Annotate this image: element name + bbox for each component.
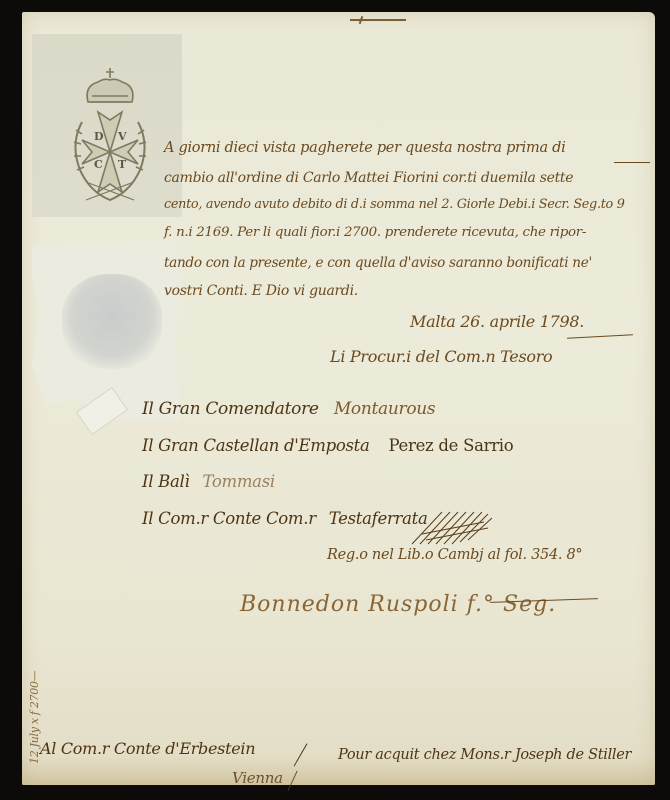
body-line-2: cambio all'ordine di Carlo Mattei Fiorin… [164,170,573,186]
signatory-3-name: Tommasi [202,472,274,491]
signatory-4-title: Il Com.r Conte Com.r [142,509,316,528]
svg-text:C: C [94,158,103,171]
signatory-1-title: Il Gran Comendatore [142,399,319,419]
emblem-letter-d: D [94,130,104,143]
body-line-5: tando con la presente, e con quella d'av… [164,255,592,271]
final-signature: Bonnedon Ruspoli f.° Seg. [240,592,556,617]
address-line-2: Vienna [232,769,283,787]
endorsement: Pour acquit chez Mons.r Joseph de Stille… [338,747,631,763]
body-line-1: A giorni dieci vista pagherete per quest… [164,140,565,156]
signatory-2-name: Perez de Sarrio [388,436,513,455]
signatory-2-title: Il Gran Castellan d'Emposta [142,436,370,455]
signatory-3-title: Il Balì [142,472,189,491]
document-paper: D V C T A giorni dieci vista pagherete p… [22,12,655,785]
registration-line: Reg.o nel Lib.o Cambj al fol. 354. 8° [327,547,582,563]
body-line-1-flourish [614,162,650,163]
signatory-4: Il Com.r Conte Com.r Testaferrata [142,509,428,528]
place-date: Malta 26. aprile 1798. [410,312,584,331]
body-line-3: cento, avendo avuto debito di d.i somma … [164,197,625,212]
signature-hatching [402,504,502,549]
body-line-6: vostri Conti. E Dio vi guardi. [164,283,358,299]
issuer-line: Li Procur.i del Com.n Tesoro [330,347,552,366]
body-line-4: f. n.i 2169. Per li quali fior.i 2700. p… [164,225,586,240]
address-bracket-1 [294,743,308,766]
date-underline [567,334,633,338]
wax-seal-stain [62,274,162,369]
svg-text:T: T [118,158,127,171]
top-flourish-line [350,19,406,21]
signatory-1: Il Gran Comendatore Montaurous [142,399,435,419]
signatory-1-name: Montaurous [334,399,436,419]
signatory-3: Il Balì Tommasi [142,472,275,491]
signatory-2: Il Gran Castellan d'Emposta Perez de Sar… [142,436,513,455]
address-line-1: Al Com.r Conte d'Erbestein [40,739,255,758]
maltese-cross-crown-emblem-icon: D V C T [60,60,160,210]
address-bracket-2 [287,771,298,792]
emblem-letter-v: V [117,130,127,143]
